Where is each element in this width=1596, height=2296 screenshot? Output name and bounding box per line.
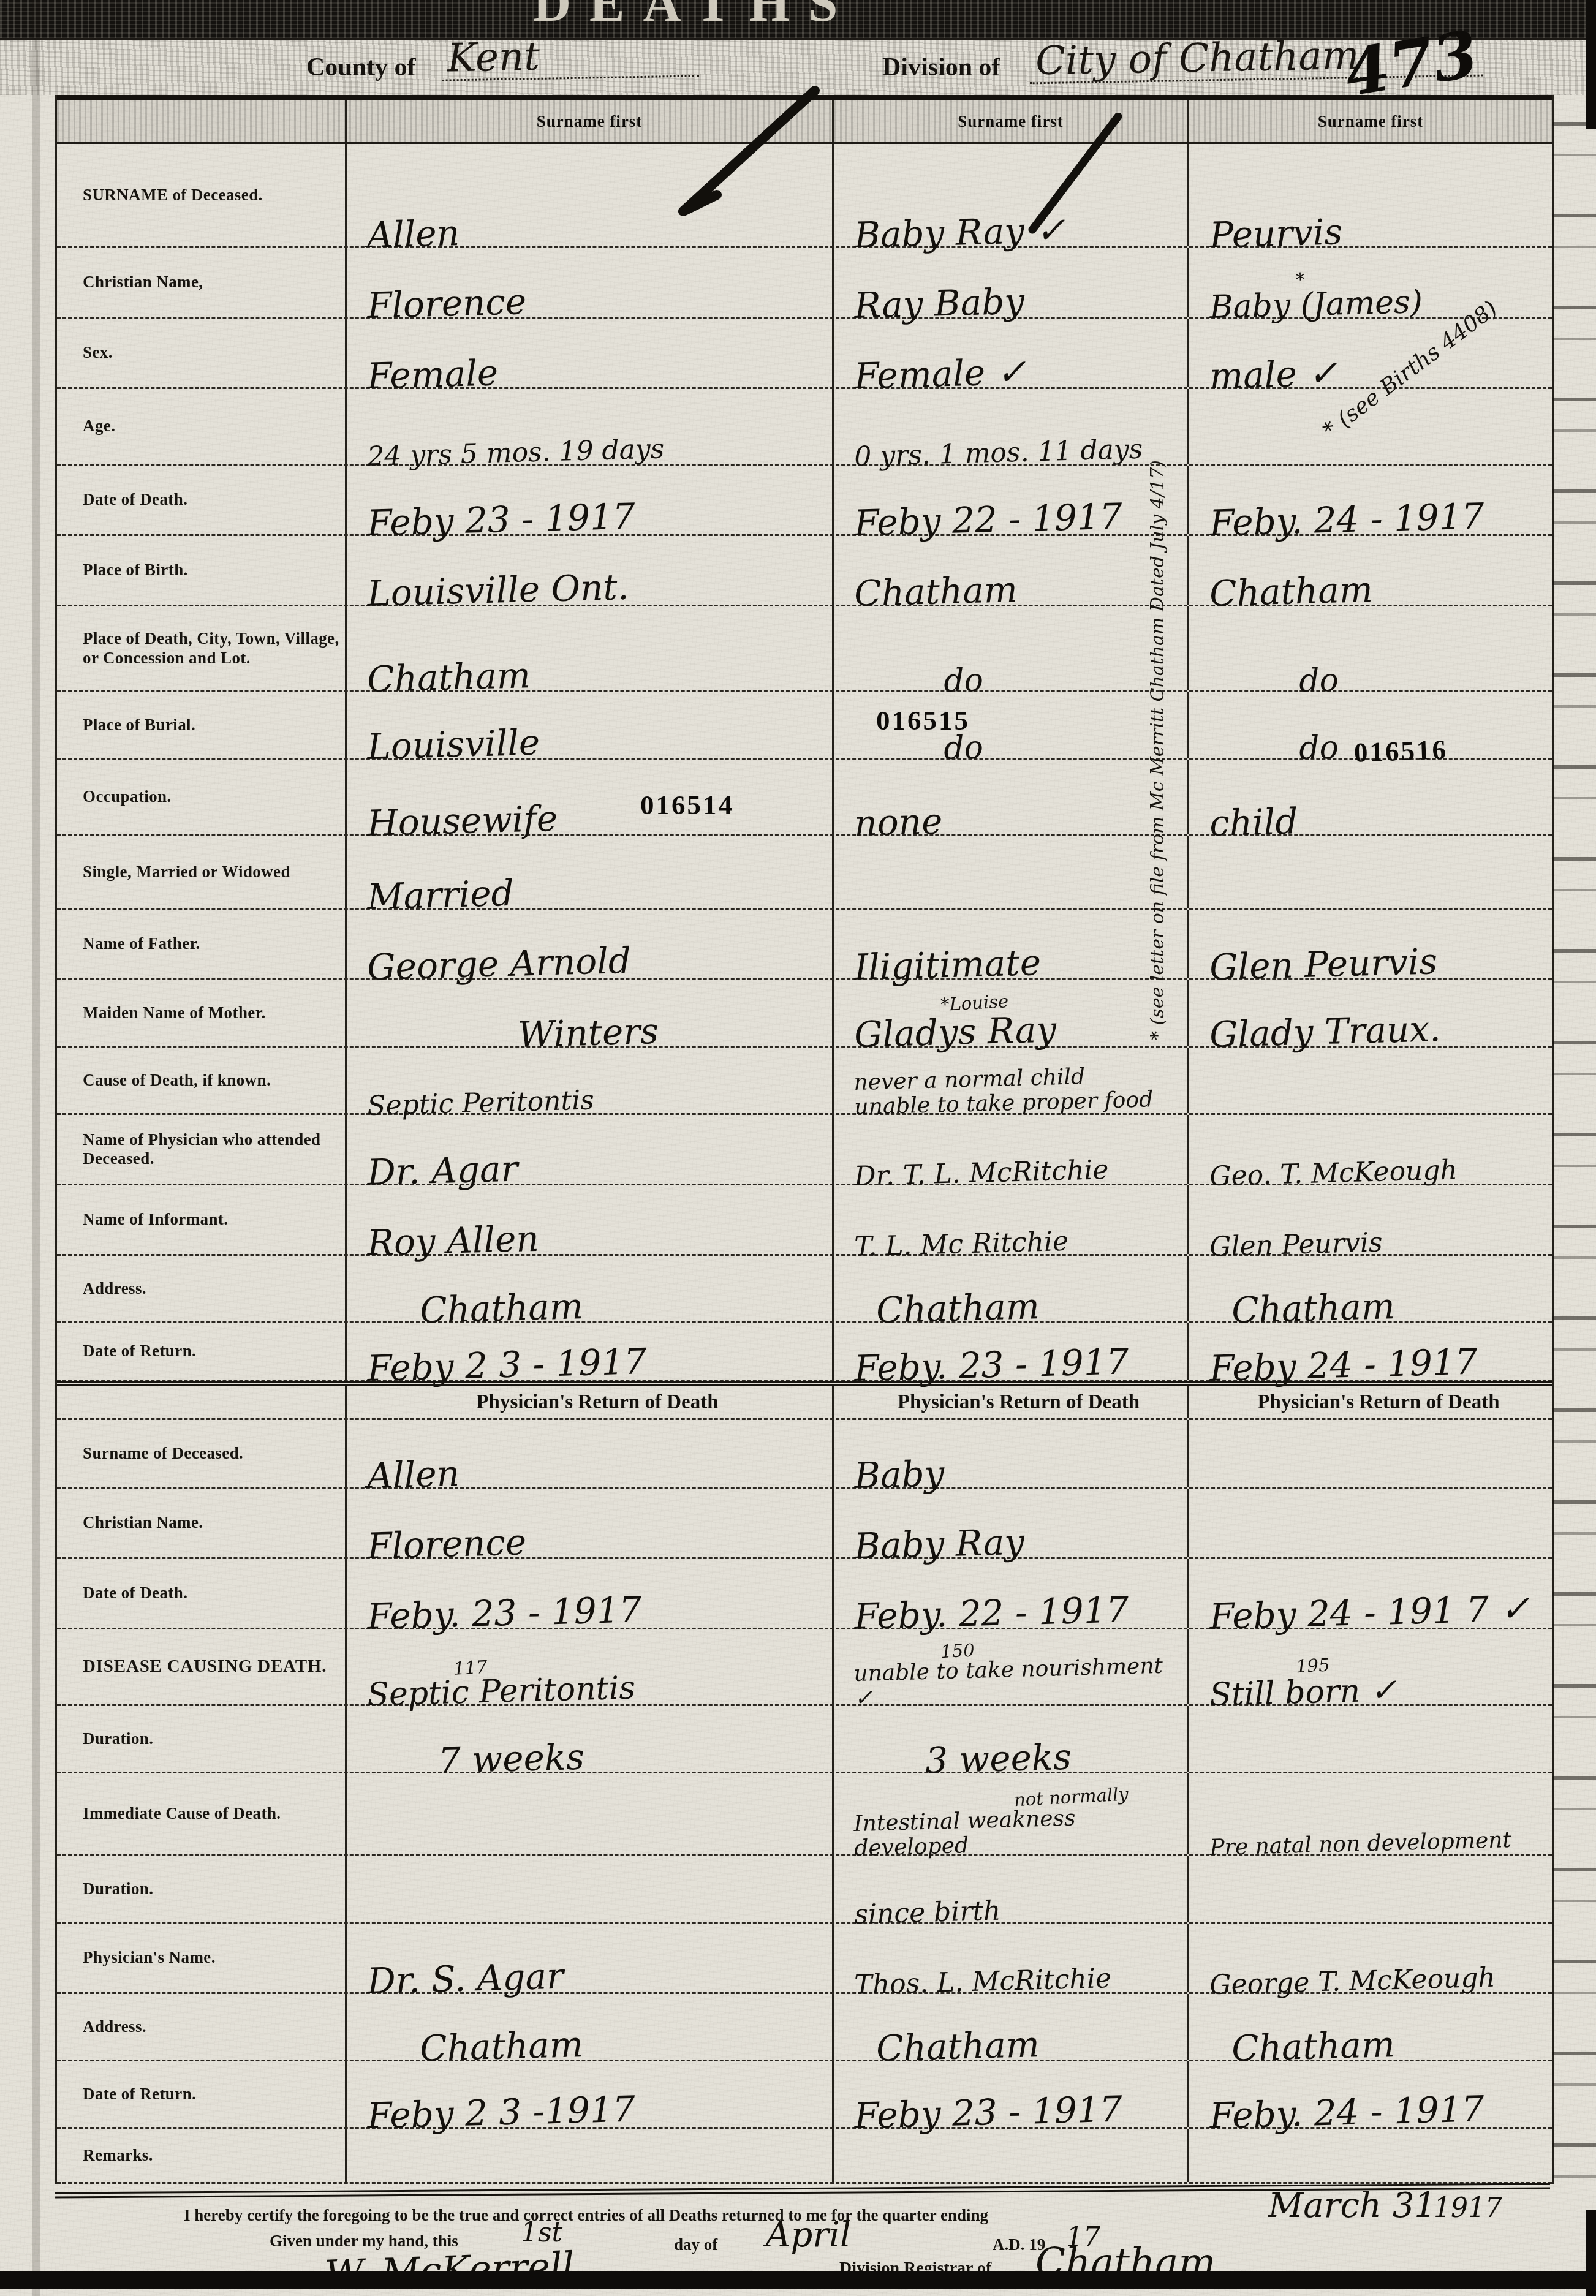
section-header: Physician's Return of Death [855, 1391, 1182, 1414]
entry: George T. McKeough [1209, 1965, 1496, 1998]
row-label: Christian Name, [83, 273, 203, 292]
entry: Feby 2 3 - 1917 [367, 1345, 647, 1386]
page-title: DEATHS [533, 0, 856, 29]
entry: Housewife [367, 802, 558, 840]
torn-binding-edge [1552, 95, 1596, 2190]
entry: Female ✓ [854, 355, 1027, 393]
row-label: Cause of Death, if known. [83, 1071, 271, 1090]
entry: Chatham [367, 659, 531, 697]
entry: Female [367, 356, 499, 393]
entry: 7 weeks [438, 1740, 585, 1778]
row-christian-name-2: Christian Name. Florence Baby Ray [57, 1489, 1552, 1559]
entry: Feby. 23 - 1917 [854, 1345, 1130, 1386]
row-sex: Sex. Female Female ✓ male ✓ [57, 319, 1552, 389]
row-place-of-birth: Place of Birth. Louisville Ont. Chatham … [57, 536, 1552, 606]
county-label: County of [306, 53, 416, 82]
row-label: SURNAME of Deceased. [83, 186, 263, 205]
death-register-page: DEATHS County of Kent Division of City o… [0, 0, 1596, 2296]
entry: Baby (James) [1209, 287, 1423, 323]
row-physicians-name: Physician's Name. Dr. S. Agar Thos. L. M… [57, 1924, 1552, 1994]
row-maiden-name-of-mother: Maiden Name of Mother. Winters *LouiseGl… [57, 980, 1552, 1048]
entry: Louisville Ont. [367, 570, 629, 611]
row-label: Duration. [83, 1879, 153, 1898]
row-marital-status: Single, Married or Widowed Married [57, 836, 1552, 910]
row-label: Place of Death, City, Town, Village, or … [83, 629, 340, 667]
entry: Iligitimate [854, 946, 1042, 984]
registration-stamp: 016516 [1353, 733, 1448, 768]
row-label: Name of Physician who attended Deceased. [83, 1130, 340, 1168]
entry: Chatham [1231, 2028, 1396, 2066]
entry: child [1209, 804, 1298, 840]
left-margin-smudge [32, 0, 40, 2296]
entry: Feby 22 - 1917 [854, 499, 1123, 540]
certification-block: I hereby certify the foregoing to be the… [55, 2184, 1550, 2282]
row-surname-2: Surname of Deceased. Allen Baby [57, 1418, 1552, 1489]
row-label: Occupation. [83, 787, 172, 806]
entry: Feby 23 - 1917 [854, 2092, 1123, 2133]
entry: Baby [854, 1457, 945, 1493]
registration-stamp: 016515 [876, 704, 970, 736]
entry: Dr. Agar [367, 1152, 518, 1190]
entry: Feby 23 - 1917 [367, 499, 636, 540]
row-disease-causing-death: DISEASE CAUSING DEATH. 117Septic Periton… [57, 1629, 1552, 1706]
row-label: Address. [83, 2017, 146, 2036]
row-date-of-return: Date of Return. Feby 2 3 - 1917 Feby. 23… [57, 1323, 1552, 1381]
entry: 3 weeks [925, 1740, 1072, 1778]
row-label: Place of Burial. [83, 716, 195, 734]
physicians-return-header-row: Physician's Return of Death Physician's … [57, 1381, 1552, 1418]
row-label: Single, Married or Widowed [83, 863, 290, 882]
row-christian-name: Christian Name, Florence Ray Baby *Baby … [57, 248, 1552, 319]
entry: male ✓ [1209, 356, 1339, 393]
row-label: Duration. [83, 1729, 153, 1748]
entry: Septic Peritontis [367, 1673, 636, 1710]
entry: none [854, 804, 943, 840]
certify-text: I hereby certify the foregoing to be the… [184, 2206, 988, 2225]
row-place-of-burial: Place of Burial. Louisville do do [57, 692, 1552, 760]
row-label: Maiden Name of Mother. [83, 1003, 266, 1022]
entry: unable to take nourishment ✓ [853, 1653, 1182, 1710]
row-date-of-return-2: Date of Return. Feby 2 3 -1917 Feby 23 -… [57, 2061, 1552, 2129]
row-name-of-father: Name of Father. George Arnold Iligitimat… [57, 910, 1552, 980]
entry: never a normal child unable to take prop… [853, 1063, 1154, 1119]
vertical-margin-note: * (see letter on file from Mc Merritt Ch… [1147, 421, 1168, 1040]
row-label: Place of Birth. [83, 561, 188, 580]
entry: 24 yrs 5 mos. 19 days [367, 437, 665, 470]
row-duration-2: Duration. since birth [57, 1856, 1552, 1924]
row-label: Sex. [83, 343, 113, 362]
entry: Feby. 24 - 1917 [1209, 2092, 1485, 2133]
row-place-of-death: Place of Death, City, Town, Village, or … [57, 606, 1552, 692]
row-label: Date of Death. [83, 490, 187, 509]
row-attending-physician: Name of Physician who attended Deceased.… [57, 1115, 1552, 1185]
entry: Peurvis [1209, 215, 1343, 252]
entry: Winters [518, 1014, 659, 1052]
entry: Roy Allen [367, 1222, 540, 1260]
section-header: Physician's Return of Death [368, 1391, 827, 1414]
given-month: April [766, 2218, 851, 2253]
row-label: Physician's Name. [83, 1948, 216, 1967]
row-label: Surname of Deceased. [83, 1444, 243, 1463]
entry: Intestinal weakness developed [853, 1803, 1182, 1860]
entry: Glady Traux. [1209, 1012, 1442, 1052]
row-cause-of-death: Cause of Death, if known. Septic Periton… [57, 1048, 1552, 1115]
entry: Ray Baby [854, 285, 1025, 323]
entry: Feby. 22 - 1917 [854, 1593, 1130, 1634]
entry: Feby. 24 - 1917 [1209, 499, 1485, 540]
row-label: Remarks. [83, 2146, 153, 2165]
entry: George Arnold [367, 944, 632, 984]
row-label: Date of Return. [83, 2085, 196, 2104]
ink-check-stroke [625, 86, 827, 227]
entry: Gladys Ray [854, 1013, 1057, 1052]
row-date-of-death: Date of Death. Feby 23 - 1917 Feby 22 - … [57, 466, 1552, 536]
given-day: 1st [521, 2219, 562, 2246]
col3-header: Surname first [1318, 112, 1424, 131]
page-edge-shadow-top [1586, 0, 1596, 129]
entry: Chatham [1209, 573, 1374, 611]
entry: Dr. S. Agar [367, 1960, 564, 1998]
entry: Chatham [876, 2028, 1040, 2066]
entry: Feby. 23 - 1917 [367, 1593, 643, 1634]
entry: Baby Ray [854, 1525, 1025, 1563]
row-label: Immediate Cause of Death. [83, 1804, 281, 1823]
entry: Chatham [420, 1290, 584, 1327]
given-text-2: day of [674, 2235, 717, 2254]
row-label: Age. [83, 417, 115, 436]
entry: 0 yrs. 1 mos. 11 days [854, 437, 1143, 470]
row-label: Christian Name. [83, 1513, 203, 1532]
section-header: Physician's Return of Death [1210, 1391, 1547, 1414]
row-label: Address. [83, 1279, 146, 1298]
entry: Chatham [1231, 1290, 1396, 1327]
entry: Chatham [876, 1290, 1040, 1327]
entry: Louisville [367, 726, 540, 764]
entry: Florence [367, 1525, 527, 1563]
county-value: Kent [441, 34, 698, 81]
row-label: Date of Return. [83, 1342, 196, 1361]
entry: Still born ✓ [1209, 1675, 1397, 1710]
row-label: Name of Father. [83, 934, 200, 953]
row-label: Name of Informant. [83, 1210, 228, 1229]
entry: Married [367, 877, 515, 914]
entry: Feby 2 3 -1917 [367, 2092, 636, 2133]
registration-stamp: 016514 [640, 789, 734, 821]
entry: Chatham [854, 573, 1018, 611]
row-label: DISEASE CAUSING DEATH. [83, 1656, 327, 1677]
row-duration-1: Duration. 7 weeks 3 weeks [57, 1706, 1552, 1773]
ink-slash-stroke [999, 113, 1127, 236]
entry: Feby 24 - 191 7 ✓ [1209, 1592, 1530, 1634]
row-immediate-cause: Immediate Cause of Death. not normallyIn… [57, 1773, 1552, 1856]
row-label: Date of Death. [83, 1584, 187, 1603]
quarter-year: 1917 [1434, 2195, 1502, 2222]
entry: Florence [367, 285, 527, 323]
bottom-ink-bar [0, 2271, 1596, 2289]
entry: Feby 24 - 1917 [1209, 1345, 1478, 1386]
entry: Glen Peurvis [1209, 945, 1438, 984]
entry: Chatham [420, 2028, 584, 2066]
row-date-of-death-2: Date of Death. Feby. 23 - 1917 Feby. 22 … [57, 1559, 1552, 1629]
row-informant: Name of Informant. Roy Allen T. L. Mc Ri… [57, 1185, 1552, 1256]
entry: Allen [367, 216, 460, 252]
entry: Allen [367, 1457, 460, 1493]
quarter-date: March 31 [1268, 2189, 1436, 2223]
division-label: Division of [882, 53, 1000, 82]
row-remarks: Remarks. [57, 2129, 1552, 2184]
row-address: Address. Chatham Chatham Chatham [57, 1256, 1552, 1323]
register-table: Surname first Surname first Surname firs… [55, 95, 1554, 2184]
row-occupation: Occupation. Housewife none child [57, 760, 1552, 836]
row-address-2: Address. Chatham Chatham Chatham [57, 1994, 1552, 2061]
